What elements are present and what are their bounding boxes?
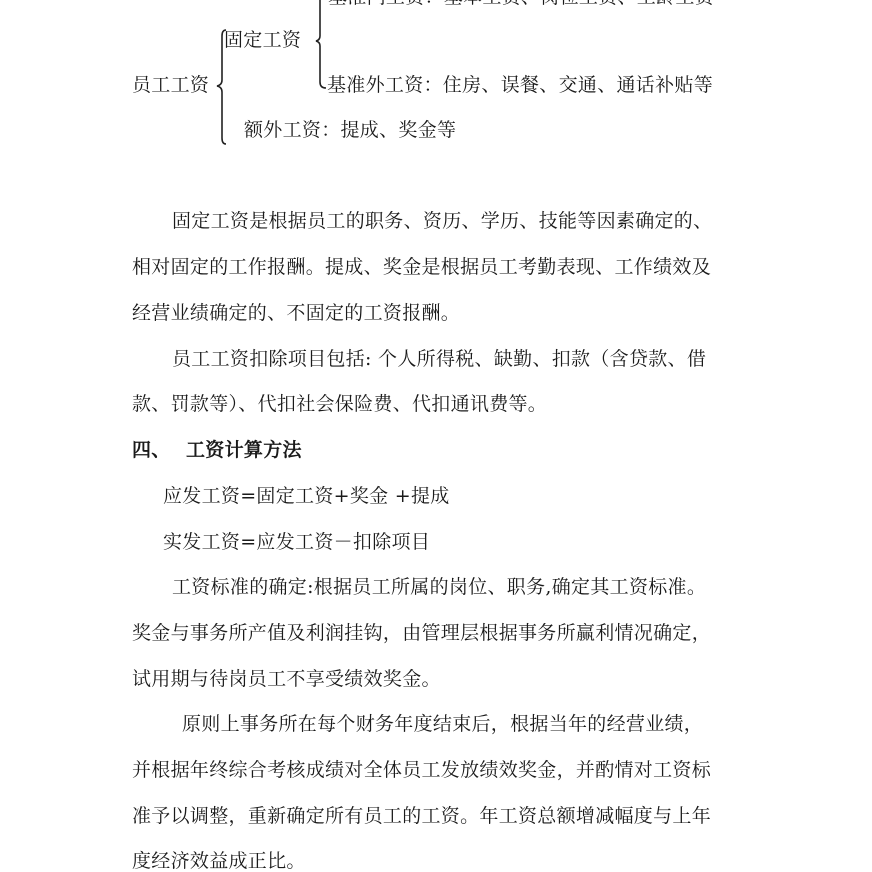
paragraph-1-line-2: 相对固定的工作报酬。提成、奖金是根据员工考勤表现、工作绩效及 (132, 256, 711, 278)
diagram-fixed-top-item: 基准内工资：基本工资、岗位工资、工龄工资 (328, 0, 714, 8)
paragraph-4-line-4: 度经济效益成正比。 (132, 850, 306, 872)
diagram-extra-item: 额外工资：提成、奖金等 (244, 119, 456, 141)
inner-brace-icon (312, 0, 328, 92)
diagram-root-label: 员工工资 (132, 74, 209, 96)
paragraph-2-line-1: 员工工资扣除项目包括: 个人所得税、缺勤、扣款（含贷款、借 (172, 348, 706, 370)
paragraph-4-line-2: 并根据年终综合考核成绩对全体员工发放绩效奖金，并酌情对工资标 (132, 759, 711, 781)
paragraph-2-line-2: 款、罚款等）、代扣社会保险费、代扣通讯费等。 (132, 393, 547, 415)
formula-gross-salary: 应发工资=固定工资+奖金 +提成 (163, 485, 450, 507)
paragraph-4-line-1: 原则上事务所在每个财务年度结束后，根据当年的经营业绩， (182, 713, 703, 735)
paragraph-1-line-3: 经营业绩确定的、不固定的工资报酬。 (132, 302, 460, 324)
paragraph-1-line-1: 固定工资是根据员工的职务、资历、学历、技能等因素确定的、 (172, 210, 712, 232)
outer-brace-icon (214, 28, 230, 146)
diagram-fixed-label: 固定工资 (224, 29, 301, 51)
section-title: 工资计算方法 (186, 439, 302, 461)
section-number: 四、 (132, 439, 171, 461)
document-page: 基准内工资：基本工资、岗位工资、工龄工资 固定工资 员工工资 基准外工资：住房、… (0, 0, 872, 872)
formula-net-salary: 实发工资=应发工资－扣除项目 (163, 531, 430, 553)
paragraph-3-line-3: 试用期与待岗员工不享受绩效奖金。 (132, 668, 441, 690)
paragraph-3-line-2: 奖金与事务所产值及利润挂钩，由管理层根据事务所赢利情况确定， (132, 622, 711, 644)
paragraph-3-line-1: 工资标准的确定:根据员工所属的岗位、职务,确定其工资标准。 (172, 576, 706, 598)
paragraph-4-line-3: 准予以调整，重新确定所有员工的工资。年工资总额增减幅度与上年 (132, 805, 711, 827)
diagram-fixed-bottom-item: 基准外工资：住房、误餐、交通、通话补贴等 (327, 74, 713, 96)
